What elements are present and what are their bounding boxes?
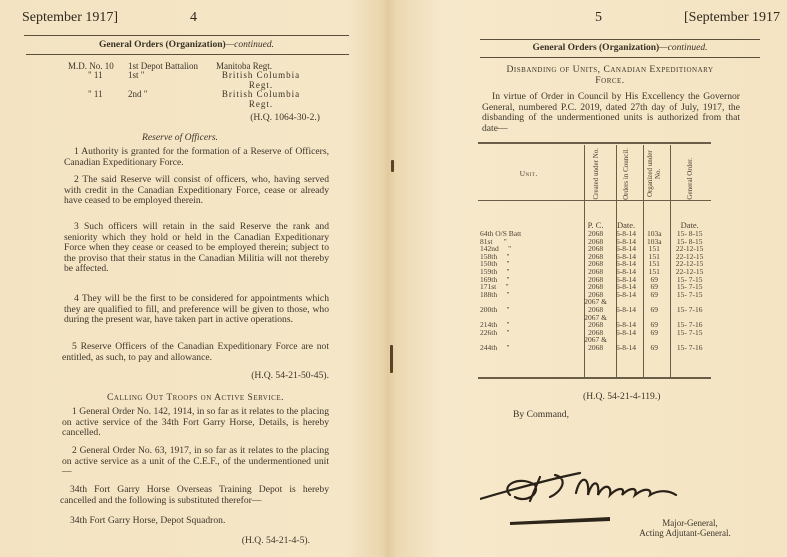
unit-cell: 200th " bbox=[478, 298, 579, 313]
md-cell: British Columbia Regt. bbox=[216, 71, 306, 90]
general-order-cell: 15- 7-16 bbox=[668, 314, 711, 329]
subheader-date: Date. bbox=[612, 200, 640, 230]
para-c2: 2 General Order No. 63, 1917, in so far … bbox=[62, 446, 329, 478]
para-3: 3 Such officers will retain in the said … bbox=[64, 222, 329, 275]
unit-cell: 214th " bbox=[478, 314, 579, 329]
org-cell: 69 bbox=[640, 314, 668, 329]
reference-2: (H.Q. 54-21-50-45). bbox=[62, 371, 329, 382]
intro-paragraph: In virtue of Order in Council by His Exc… bbox=[482, 92, 740, 134]
para-c4: 34th Fort Garry Horse, Depot Squadron. bbox=[60, 516, 329, 527]
header-rule-bottom bbox=[26, 54, 349, 55]
para-c1: 1 General Order No. 142, 1914, in so far… bbox=[62, 407, 329, 439]
staple-top bbox=[391, 160, 394, 172]
para-c3: 34th Fort Garry Horse Overseas Training … bbox=[60, 485, 329, 506]
col-unit: Unit. bbox=[478, 148, 579, 200]
subhead-reserve: Reserve of Officers. bbox=[40, 133, 320, 144]
para-5: 5 Reserve Officers of the Canadian Exped… bbox=[62, 342, 329, 363]
general-order-cell: 15- 7-15 bbox=[668, 291, 711, 299]
left-page: September 1917] 4 General Orders (Organi… bbox=[0, 0, 390, 557]
section-header: General Orders (Organization)—continued. bbox=[24, 40, 349, 50]
date-cell: 6-8-14 bbox=[612, 291, 640, 299]
page-number: 4 bbox=[190, 10, 197, 26]
org-cell: 69 bbox=[640, 298, 668, 313]
by-command: By Command, bbox=[513, 410, 633, 421]
subhead-disbanding: Disbanding of Units, Canadian Expedition… bbox=[500, 65, 720, 86]
section-header: General Orders (Organization)—continued. bbox=[480, 43, 760, 53]
date-cell: 6-8-14 bbox=[612, 336, 640, 351]
md-cell: " 11 bbox=[88, 71, 103, 81]
table-row: 214th "2067 & 20686-8-146915- 7-16 bbox=[478, 314, 711, 329]
para-2: 2 The said Reserve will consist of offic… bbox=[64, 175, 329, 207]
date-cell: 6-8-14 bbox=[612, 298, 640, 313]
para-1: 1 Authority is granted for the formation… bbox=[64, 147, 329, 168]
unit-cell: 244th " bbox=[478, 336, 579, 351]
reference-1: (H.Q. 1064-30-2.) bbox=[40, 113, 320, 124]
col-organized: Organized under No. bbox=[646, 148, 662, 200]
table-top-rule bbox=[478, 142, 711, 144]
reference-3: (H.Q. 54-21-4-5). bbox=[60, 536, 310, 547]
title-acting-adjutant: Acting Adjutant-General. bbox=[620, 528, 750, 538]
header-rule-top bbox=[24, 35, 349, 36]
book-spread: September 1917] 4 General Orders (Organi… bbox=[0, 0, 787, 557]
pc-cell: 2067 & 2068 bbox=[579, 314, 612, 329]
table-reference: (H.Q. 54-21-4-119.) bbox=[583, 392, 703, 403]
title-major-general: Major-General, bbox=[640, 518, 740, 528]
unit-cell: 226th " bbox=[478, 329, 579, 337]
running-head: September 1917] bbox=[22, 10, 118, 26]
units-table: Unit. Created under No. Orders in Counci… bbox=[478, 148, 711, 352]
running-head: [September 1917 bbox=[684, 10, 780, 26]
md-table: M.D. No. 10 1st Depot Battalion Manitoba… bbox=[68, 62, 328, 112]
date-cell: 6-8-14 bbox=[612, 314, 640, 329]
org-cell: 69 bbox=[640, 329, 668, 337]
subhead-calling-out: Calling Out Troops on Active Service. bbox=[62, 393, 329, 404]
md-cell: British Columbia Regt. bbox=[216, 90, 306, 109]
pc-cell: 2067 & 2068 bbox=[579, 336, 612, 351]
general-order-cell: 15- 7-15 bbox=[668, 329, 711, 337]
pc-cell: 2067 & 2068 bbox=[579, 298, 612, 313]
header-rule-top bbox=[480, 39, 760, 40]
staple-bottom bbox=[390, 345, 393, 373]
page-number: 5 bbox=[595, 10, 602, 26]
col-orders: Orders in Council. bbox=[622, 148, 630, 200]
org-cell: 69 bbox=[640, 291, 668, 299]
org-cell: 69 bbox=[640, 336, 668, 351]
col-general-order: General Order. bbox=[686, 158, 694, 200]
subheader-date: Date. bbox=[668, 200, 711, 230]
date-cell: 6-8-14 bbox=[612, 329, 640, 337]
col-created: Created under No. bbox=[592, 148, 600, 200]
md-cell: 2nd " bbox=[128, 90, 147, 100]
general-order-cell: 15- 7-16 bbox=[668, 336, 711, 351]
header-rule-bottom bbox=[480, 57, 760, 58]
table-bottom-rule bbox=[478, 377, 711, 379]
table-row: 200th "2067 & 20686-8-146915- 7-16 bbox=[478, 298, 711, 313]
table-row: 244th "2067 & 20686-8-146915- 7-16 bbox=[478, 336, 711, 351]
md-cell: " 11 bbox=[88, 90, 103, 100]
para-4: 4 They will be the first to be considere… bbox=[64, 294, 329, 326]
subheader-pc: P. C. bbox=[579, 200, 612, 230]
md-cell: 1st " bbox=[128, 71, 144, 81]
general-order-cell: 15- 7-16 bbox=[668, 298, 711, 313]
unit-cell: 188th " bbox=[478, 291, 579, 299]
